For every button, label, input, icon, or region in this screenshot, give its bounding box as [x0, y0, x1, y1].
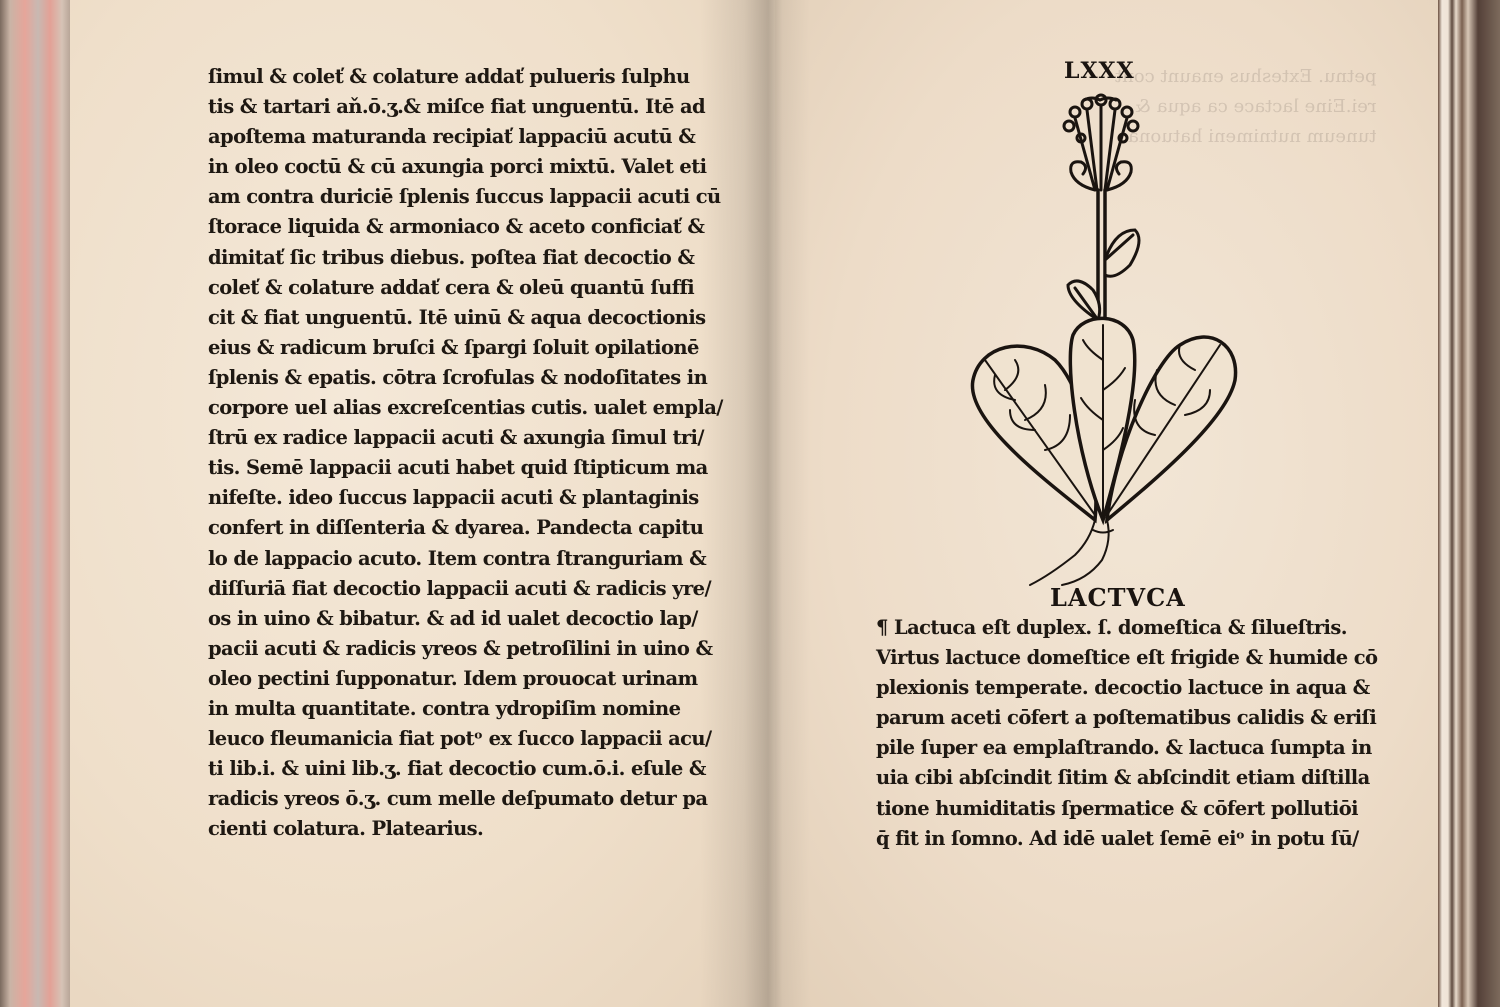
text-line: ſtrū ex radice lappacii acuti & axungia …	[208, 423, 723, 453]
book-edge-left	[0, 0, 70, 1007]
text-line: radicis yreos ō.ʒ. cum melle deſpumato d…	[208, 784, 723, 814]
text-line: am contra duriciē ſplenis ſuccus lappaci…	[208, 182, 723, 212]
text-line: q̄ fit in ſomno. Ad idē ualet ſemē eiᵒ i…	[876, 824, 1377, 854]
text-line: ti lib.i. & uini lib.ʒ. fiat decoctio cu…	[208, 754, 723, 784]
text-line: pacii acuti & radicis yreos & petroſilin…	[208, 634, 723, 664]
text-line: tis. Semē lappacii acuti habet quid ſtip…	[208, 453, 723, 483]
text-line: corpore uel alias excreſcentias cutis. u…	[208, 393, 723, 423]
text-line: confert in diſſenteria & dyarea. Pandect…	[208, 513, 723, 543]
text-line: Virtus lactuce domeſtice eſt frigide & h…	[876, 643, 1377, 673]
text-line: in multa quantitate. contra ydropiſim no…	[208, 694, 723, 724]
text-line: tis & tartari aň.ō.ʒ.& miſce fiat unguen…	[208, 92, 723, 122]
text-line: apoſtema maturanda recipiať lappaciū acu…	[208, 122, 723, 152]
open-book: petnu. Exteshus enaunt contrei.Eine lact…	[0, 0, 1500, 1007]
lettuce-woodcut-icon	[955, 90, 1245, 590]
text-line: coleť & colature addať cera & oleū quant…	[208, 273, 723, 303]
text-line: ſtorace liquida & armoniaco & aceto conf…	[208, 212, 723, 242]
text-line: cienti colatura. Platearius.	[208, 814, 723, 844]
text-line: dimitať ſic tribus diebus. poſtea fiat d…	[208, 243, 723, 273]
text-line: plexionis temperate. decoctio lactuce in…	[876, 673, 1377, 703]
text-line: diſſuriā fiat decoctio lappacii acuti & …	[208, 574, 723, 604]
text-line: oleo pectini ſupponatur. Idem prouocat u…	[208, 664, 723, 694]
text-line: parum aceti cōfert a poſtematibus calidi…	[876, 703, 1377, 733]
text-line: in oleo coctū & cū axungia porci mixtū. …	[208, 152, 723, 182]
text-line: leuco fleumanicia fiat potᵒ ex ſucco lap…	[208, 724, 723, 754]
text-line: lo de lappacio acuto. Item contra ſtrang…	[208, 544, 723, 574]
text-line: tione humiditatis ſpermatice & cōfert po…	[876, 794, 1377, 824]
right-page-text: ¶ Lactuca eſt duplex. ſ. domeſtica & ſil…	[876, 613, 1377, 854]
text-line: ¶ Lactuca eſt duplex. ſ. domeſtica & ſil…	[876, 613, 1377, 643]
text-line: pile ſuper ea emplaſtrando. & lactuca ſu…	[876, 733, 1377, 763]
folio-number: LXXX	[1064, 58, 1135, 84]
plant-name-heading: LACTVCA	[1050, 583, 1186, 612]
text-line: eius & radicum bruſci & ſpargi ſoluit op…	[208, 333, 723, 363]
book-edge-right	[1438, 0, 1500, 1007]
text-line: os in uino & bibatur. & ad id ualet deco…	[208, 604, 723, 634]
text-line: nifeſte. ideo ſuccus lappacii acuti & pl…	[208, 483, 723, 513]
text-line: ſimul & coleť & colature addať pulueris …	[208, 62, 723, 92]
left-page-text: ſimul & coleť & colature addať pulueris …	[208, 62, 723, 844]
text-line: uia cibi abſcindit ſitim & abſcindit eti…	[876, 763, 1377, 793]
text-line: cit & fiat unguentū. Itē uinū & aqua dec…	[208, 303, 723, 333]
text-line: ſplenis & epatis. cōtra ſcrofulas & nodo…	[208, 363, 723, 393]
